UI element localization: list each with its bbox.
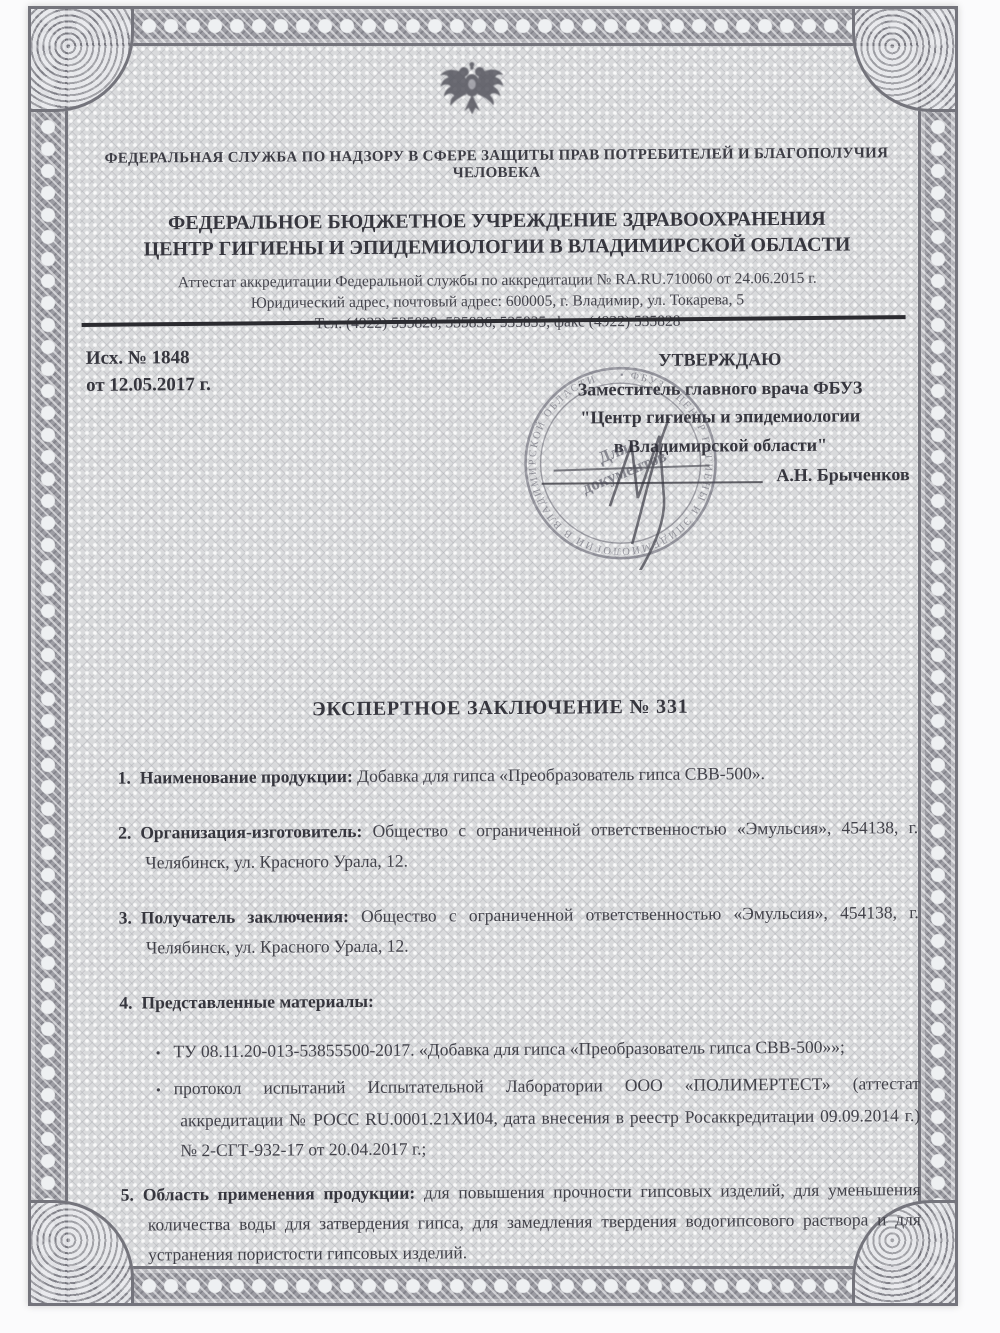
double-headed-eagle-icon [436,60,508,127]
item-label: Область применения продукции: [143,1183,416,1205]
items-list: 1.Наименование продукции: Добавка для ги… [118,757,922,1295]
item-number: 3. [119,908,132,928]
item-number: 5. [121,1185,134,1205]
header-block: ФЕДЕРАЛЬНАЯ СЛУЖБА ПО НАДЗОРУ В СФЕРЕ ЗА… [66,145,927,336]
item-text: Добавка для гипса «Преобразователь гипса… [357,763,765,786]
item-materials: 4.Представленные материалы: [119,982,919,1018]
item-manufacturer: 2.Организация-изготовитель: Общество с о… [118,812,918,878]
institution-line-2: ЦЕНТР ГИГИЕНЫ И ЭПИДЕМИОЛОГИИ В ВЛАДИМИР… [67,231,927,263]
institution-name: ФЕДЕРАЛЬНОЕ БЮДЖЕТНОЕ УЧРЕЖДЕНИЕ ЗДРАВОО… [67,205,927,263]
outgoing-ref-block: Исх. № 1848 от 12.05.2017 г. [86,344,211,399]
item-label: Организация-изготовитель: [140,821,362,843]
document-title: ЭКСПЕРТНОЕ ЗАКЛЮЧЕНИЕ № 331 [0,694,1000,724]
item-product-name: 1.Наименование продукции: Добавка для ги… [118,757,918,793]
material-item-protocol: •протокол испытаний Испытательной Лабора… [156,1068,921,1165]
document-content: ФЕДЕРАЛЬНАЯ СЛУЖБА ПО НАДЗОРУ В СФЕРЕ ЗА… [0,0,1000,1333]
material-text: ТУ 08.11.20-013-53855500-2017. «Добавка … [173,1037,844,1062]
ref-number: Исх. № 1848 [86,344,211,372]
agency-name: ФЕДЕРАЛЬНАЯ СЛУЖБА ПО НАДЗОРУ В СФЕРЕ ЗА… [66,145,926,185]
bullet-icon: • [156,1045,161,1060]
item-label: Наименование продукции: [140,766,353,787]
item-recipient: 3.Получатель заключения: Общество с огра… [119,897,919,963]
round-stamp: • ФБУЗ • ЦЕНТР ГИГИЕНЫ И ЭПИДЕМИОЛОГИИ В… [513,355,728,570]
item-label: Представленные материалы: [141,991,373,1013]
item-number: 2. [118,823,131,843]
item-application-area: 5.Область применения продукции: для повы… [121,1174,922,1270]
signer-name: А.Н. Брыченков [776,460,910,489]
ref-date: от 12.05.2017 г. [86,371,211,399]
bullet-icon: • [156,1082,161,1097]
item-number: 1. [118,768,131,788]
item-number: 4. [119,993,132,1013]
material-item-tu: •ТУ 08.11.20-013-53855500-2017. «Добавка… [156,1031,920,1068]
item-label: Получатель заключения: [141,906,349,927]
material-text: протокол испытаний Испытательной Лаборат… [174,1073,921,1160]
materials-list: •ТУ 08.11.20-013-53855500-2017. «Добавка… [156,1031,921,1165]
